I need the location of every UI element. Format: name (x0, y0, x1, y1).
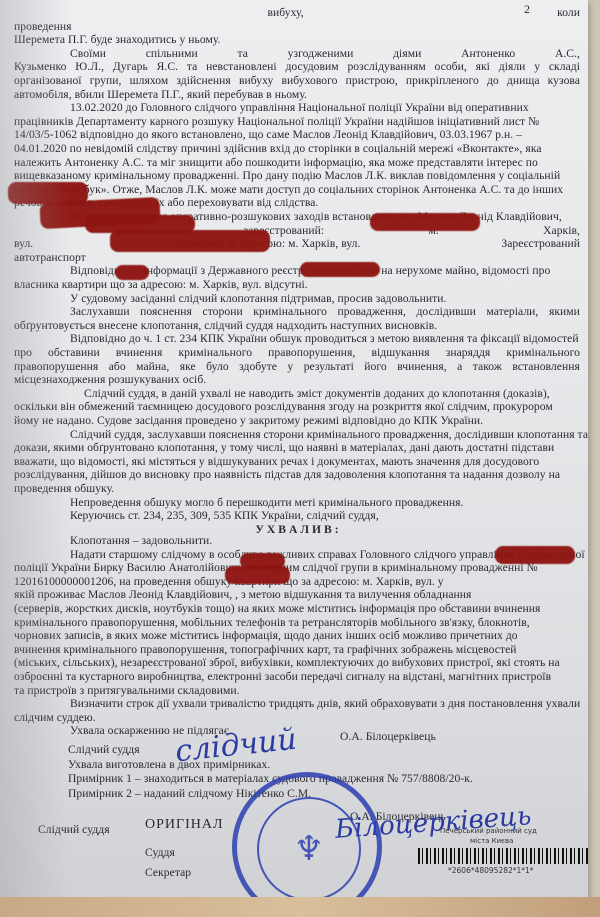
text-line: 14/03/5-1062 відповідно до якого встанов… (14, 128, 580, 142)
text-line: працівників Департаменту карного розшуку… (14, 115, 580, 129)
trident-emblem-icon: ♆ (257, 797, 361, 901)
text-line: Відповідно до ч. 1 ст. 234 КПК України о… (14, 332, 580, 346)
text-fragment: Заслухавши (70, 305, 130, 319)
text-line: 04.01.2020 по невідомій слідству причині… (14, 142, 580, 156)
text-fragment: правопорушення, (268, 346, 355, 360)
text-line: слідчим суддею. (14, 711, 580, 725)
text-fragment: узгодженими (288, 47, 354, 61)
text-line: проведення обшуку. (14, 482, 580, 496)
text-fragment: про (14, 346, 32, 360)
text-fragment: матеріали, (486, 305, 538, 319)
text-fragment: пояснення (140, 305, 192, 319)
text-line: Заслухавшипоясненнястороникримінальногоп… (14, 305, 580, 319)
text-line: прообставинивчиненнякримінальногоправопо… (14, 346, 580, 360)
text-line: вибуху,коли (14, 6, 580, 20)
text-line: Визначити строк дії ухвали тривалістю тр… (14, 697, 580, 711)
text-line: автомобіля, вбили Шеремета П.Г., який пе… (14, 88, 580, 102)
text-line: (серверів, жорстких дисків, ноутбуків то… (14, 602, 580, 616)
text-fragment: відшукання (371, 346, 429, 360)
redaction-mark (300, 262, 380, 277)
text-fragment: встановлення (512, 360, 580, 374)
text-fragment: яке (180, 360, 196, 374)
text-line: Клопотання – задовольнити. (14, 534, 580, 548)
text-fragment: вчинення (116, 346, 163, 360)
text-line: йому не надано. Судове засідання проведе… (14, 414, 580, 428)
document-page: 2 вибуху,колипроведенняШеремета П.Г. буд… (0, 0, 588, 905)
text-line: поліції України Бирку Василю Анатолійови… (14, 561, 580, 575)
table-surface (0, 897, 600, 917)
text-fragment: вул. (14, 237, 33, 251)
text-fragment: сторони (203, 305, 243, 319)
text-fragment: А.С., (555, 47, 580, 61)
judge-name: О.А. Білоцерківець (340, 730, 580, 744)
text-fragment: спільними (146, 47, 198, 61)
text-line: Непроведення обшуку могло б перешкодити … (14, 496, 580, 510)
text-fragment: знаряддя (446, 346, 491, 360)
text-fragment: та (237, 47, 247, 61)
text-fragment: здобуте (239, 360, 277, 374)
text-fragment: або (109, 360, 126, 374)
text-line: правопорушенняабомайна,якебулоздобутеуре… (14, 360, 580, 374)
text-fragment: майна, (136, 360, 169, 374)
text-line: Слідчий суддя, заслухавши пояснення стор… (14, 428, 580, 442)
text-line: належить Антоненку А.С. та міг знищити а… (14, 156, 580, 170)
text-line: вищевказаному кримінальному провадженні.… (14, 169, 580, 183)
text-line: оскільки він обмежений таємницею досудов… (14, 400, 580, 414)
text-line: мережі «Фейсбук». Отже, Маслов Л.К. може… (14, 183, 580, 197)
redaction-mark (115, 265, 149, 280)
text-fragment: було (206, 360, 229, 374)
redaction-mark (225, 566, 290, 584)
text-fragment: Антоненко (461, 47, 515, 61)
text-line: вчинення кримінального правопорушення, т… (14, 643, 580, 657)
text-line: власника квартири що за адресою: м. Харк… (14, 278, 580, 292)
text-line: Кузьменко Ю.Л., Дугарь Я.С. та невстанов… (14, 60, 580, 74)
text-fragment: коли (557, 6, 580, 20)
text-fragment: дослідивши (416, 305, 475, 319)
text-line: СвоїмиспільнимитаузгодженимидіямиАнтонен… (14, 47, 580, 61)
text-fragment: Своїми (70, 47, 106, 61)
text-fragment: якими (549, 305, 580, 319)
text-line: озброєнні та кустарного виробництва, еле… (14, 670, 580, 684)
redaction-mark (370, 213, 480, 231)
text-line: Шеремета П.Г. буде знаходитись у ньому. (14, 33, 580, 47)
judge-label: Слідчий суддя (68, 743, 580, 757)
text-fragment: кримінального (506, 346, 580, 360)
text-fragment: провадження, (338, 305, 406, 319)
text-line: автотранспорт (14, 251, 580, 265)
text-line: та пристроїв з притягувальними складовим… (14, 684, 580, 698)
text-fragment: обставини (48, 346, 100, 360)
text-line: Керуючись ст. 234, 235, 309, 535 КПК Укр… (14, 509, 580, 523)
text-line: розслідування, дійшов до висновку про на… (14, 468, 580, 482)
text-line: кримінального правопорушення, мобільних … (14, 616, 580, 630)
text-fragment: його (364, 360, 386, 374)
text-line: чорнових записів, в яких може міститись … (14, 629, 580, 643)
text-fragment: також (473, 360, 502, 374)
text-fragment: вчинення, (397, 360, 447, 374)
barcode-text: *2606*48095282*1*1* (448, 866, 534, 875)
text-fragment: у (287, 360, 293, 374)
text-line: 12016100000001206, на проведення обшуку … (14, 575, 580, 589)
text-fragment: а (457, 360, 462, 374)
text-line: Слідчий суддя, в даній ухвалі не наводит… (14, 387, 580, 401)
text-line: якій проживає Маслов Леонід Клавдійович,… (14, 588, 580, 602)
court-name: Печерський районний суд (440, 827, 537, 835)
text-fragment: вибуху, (267, 6, 303, 20)
text-line: проведення (14, 20, 580, 34)
text-line: організованої групи, шляхом здійснення в… (14, 74, 580, 88)
text-line: (міських, сільських), незареєстрованої з… (14, 656, 580, 670)
text-line: 13.02.2020 до Головного слідчого управлі… (14, 101, 580, 115)
redaction-mark (495, 546, 575, 564)
barcode (418, 848, 588, 864)
text-fragment: Зареєстрований (501, 237, 580, 251)
text-fragment: Харків, (543, 224, 580, 238)
text-line: докази, якими обґрунтовано клопотання, у… (14, 441, 580, 455)
text-line: У судовому засіданні слідчий клопотання … (14, 292, 580, 306)
copies-note: Ухвала виготовлена в двох примірниках. (68, 758, 580, 772)
redaction-mark (110, 230, 270, 252)
text-line: Відповідно до інформації з Державного ре… (14, 264, 580, 278)
text-line: вважати, що відомості, які містяться у в… (14, 455, 580, 469)
text-line: місцезнаходження розшукуваних осіб. (14, 373, 580, 387)
text-line: обґрунтовується внесене клопотання, слід… (14, 319, 580, 333)
court-city: міста Києва (470, 837, 513, 845)
text-fragment: кримінального (253, 305, 327, 319)
text-line: вул.Проживає за адресою: м. Харків, вул.… (14, 237, 580, 251)
text-fragment: правопорушення (14, 360, 98, 374)
text-fragment: діями (393, 47, 421, 61)
text-fragment: результаті (304, 360, 354, 374)
text-fragment: кримінального (178, 346, 252, 360)
